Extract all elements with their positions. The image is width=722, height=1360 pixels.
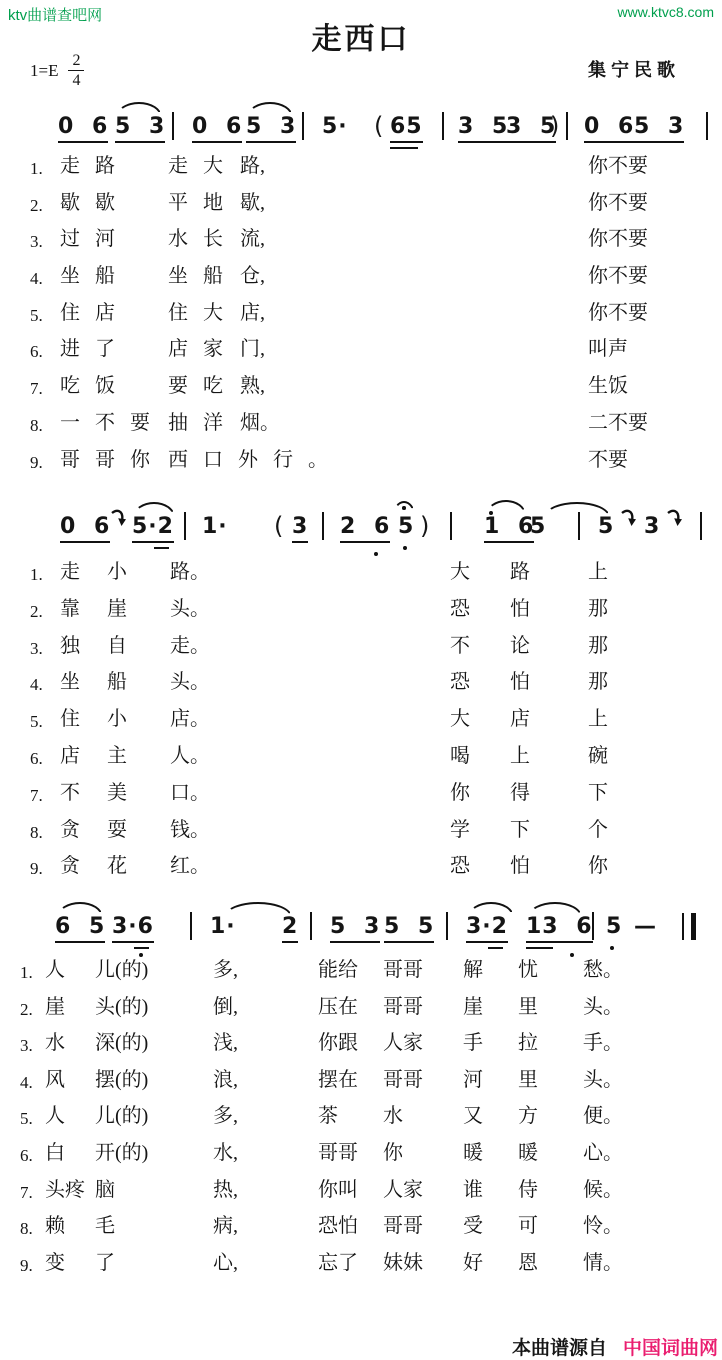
lyric-row: 8.赖毛病,恐怕哥哥受可怜。 [0,1208,722,1245]
verse-number: 3. [20,1034,33,1058]
lyric-row: 6.白开(的)水,哥哥你暖暖心。 [0,1135,722,1172]
lyric-cell: 个 [588,818,608,842]
verse-number: 1. [30,563,43,587]
notation-line-3: 6 5 3·6 1· 2 5 3 5 5 3·2 13 6 5 — [0,900,722,958]
note: 0 6 [58,116,108,143]
lyric-cell: 恐 [450,597,470,621]
lyric-cell: 可 [518,1214,538,1238]
lyric-cell: 平地 [168,191,238,215]
lyric-cell: 那 [588,634,608,658]
verse-number: 9. [30,857,43,881]
lyric-cell: 妹妹 [383,1251,423,1275]
notation-line-2: 0 6 5·2 1· ( 3 2 6 5 ) 1 6 5 5 3 [0,500,722,558]
note: 5 [606,916,622,938]
lyric-cell: 河 [463,1068,483,1092]
barline [706,112,708,140]
barline [302,112,304,140]
lyric-cell: 过河 [60,227,130,251]
lyric-cell: 了 [95,1251,115,1275]
lyric-cell: 暖 [463,1141,483,1165]
lyric-cell: 那 [588,670,608,694]
lyric-cell: 头。 [170,670,210,694]
lyric-cell: 恐怕 [318,1214,358,1238]
lyric-cell: 里 [518,995,538,1019]
lyric-row: 3.水深(的)浅,你跟人家手拉手。 [0,1025,722,1062]
lyric-row: 2.靠崖头。恐怕那 [0,591,722,628]
verse-number: 3. [30,637,43,661]
lyric-cell: 你跟 [318,1031,358,1055]
lyric-cell: 烟。 [240,411,280,435]
lyric-cell: 水, [213,1141,238,1165]
verse-number: 1. [30,157,43,181]
note: 5 [530,516,546,538]
lyric-cell: 深(的) [95,1031,148,1055]
source-attribution: 本曲谱源自 中国词曲网 [512,1333,718,1360]
note: 5 5 [384,916,434,943]
lyric-cell: 心。 [583,1141,623,1165]
lyric-cell: 怕 [510,597,530,621]
lyric-row: 7.不美口。你得下 [0,775,722,812]
lyric-cell: 又 [463,1104,483,1128]
lyric-cell: 解 [463,958,483,982]
lyric-cell: 水长 [168,227,238,251]
lyric-cell: 门, [240,337,265,361]
lyric-cell: 怕 [510,670,530,694]
lyric-cell: 不 [450,634,470,658]
barline [566,112,568,140]
lyric-cell: 哥哥 [383,1214,423,1238]
barline [442,112,444,140]
note: 1 6 [484,516,534,543]
lyric-cell: 开(的) [95,1141,148,1165]
lyric-cell: 便。 [583,1104,623,1128]
lyric-row: 7.头疼脑热,你叫人家谁侍候。 [0,1172,722,1209]
lyric-cell: 头。 [583,1068,623,1092]
lyric-row: 8.一不要抽洋烟。二不要 [0,405,722,442]
time-signature: 2 4 [68,52,84,89]
lyric-cell: 人家 [383,1178,423,1202]
lyric-cell: 住店 [60,301,130,325]
sheet-music-page: ktv曲谱查吧网 www.ktvc8.com 走西口 1=E 2 4 集宁民歌 … [0,0,722,1360]
lyric-row: 3.独自走。不论那 [0,628,722,665]
lyric-cell: 上 [588,707,608,731]
lyric-cell: 独自 [60,634,154,658]
meter-numerator: 2 [68,52,84,71]
lyric-cell: 里 [518,1068,538,1092]
lyric-cell: 浅, [213,1031,238,1055]
lyric-cell: 红。 [170,854,210,878]
lyric-cell: 坐船 [168,264,238,288]
final-barline [682,913,696,940]
verse-number: 7. [30,784,43,808]
note: 5 [398,516,414,538]
verse-number: 7. [20,1181,33,1205]
lyric-cell: 店。 [170,707,210,731]
note: 5 3 [115,116,165,143]
lyric-cell: 坐船 [60,670,154,694]
lyric-cell: 哥哥 [383,1068,423,1092]
lyric-cell: 哥哥你 [60,448,165,472]
slide-down-icon [666,508,683,529]
rest-dash: — [634,916,657,938]
lyric-cell: 人 [45,1104,65,1128]
lyric-cell: 你不要 [588,227,648,251]
verse-number: 8. [30,414,43,438]
lyric-row: 1.走路走大路,你不要 [0,148,722,185]
lyric-cell: 摆(的) [95,1068,148,1092]
lyric-cell: 西口外行。 [168,448,343,472]
note: 0 6 [192,116,242,143]
song-title: 走西口 [0,14,722,58]
lyric-cell: 恐 [450,854,470,878]
lyric-row: 9.贪花红。恐怕你 [0,848,722,885]
lyric-cell: 碗 [588,744,608,768]
note: 5·2 [132,516,174,543]
note: 5 3 [246,116,296,143]
note: 2 6 [340,516,390,543]
verse-number: 9. [30,451,43,475]
note: 3 [644,516,660,538]
meter-denominator: 4 [72,71,80,89]
lyric-cell: 人。 [170,744,210,768]
verse-number: 5. [20,1107,33,1131]
lyric-row: 8.贪耍钱。学下个 [0,812,722,849]
verse-number: 4. [30,673,43,697]
lyric-cell: 学 [450,818,470,842]
lyric-cell: 手。 [583,1031,623,1055]
barline [450,512,452,540]
lyric-cell: 口。 [170,781,210,805]
lyric-cell: 走路 [60,154,130,178]
song-origin: 集宁民歌 [588,56,680,82]
lyric-cell: 儿(的) [95,1104,148,1128]
lyric-cell: 病, [213,1214,238,1238]
note: 3 [292,516,308,543]
note: 5 3 [330,916,380,943]
note: 5 [598,516,614,538]
slide-down-icon [620,508,637,529]
lyric-row: 4.风摆(的)浪,摆在哥哥河里头。 [0,1062,722,1099]
lyric-row: 5.住店住大店,你不要 [0,295,722,332]
lyric-cell: 路, [240,154,265,178]
lyric-row: 9.哥哥你西口外行。不要 [0,442,722,479]
lyric-cell: 熟, [240,374,265,398]
note: 3 5 [506,116,556,143]
lyric-cell: 茶 [318,1104,338,1128]
lyric-cell: 毛 [95,1214,115,1238]
lyric-cell: 怜。 [583,1214,623,1238]
lyric-cell: 店, [240,301,265,325]
lyric-cell: 忧 [518,958,538,982]
lyric-cell: 哥哥 [318,1141,358,1165]
lyric-cell: 路。 [170,560,210,584]
lyric-cell: 脑 [95,1178,115,1202]
lyric-cell: 恐 [450,670,470,694]
lyric-row: 6.店主人。喝上碗 [0,738,722,775]
lyric-row: 7.吃饭要吃熟,生饭 [0,368,722,405]
low-octave-dot [610,946,614,950]
lyric-cell: 钱。 [170,818,210,842]
lyric-row: 2.崖头(的)倒,压在哥哥崖里头。 [0,989,722,1026]
lyric-cell: 你叫 [318,1178,358,1202]
barline [184,512,186,540]
lyric-cell: 方 [518,1104,538,1128]
lyric-cell: 变 [45,1251,65,1275]
lyric-cell: 上 [510,744,530,768]
lyric-cell: 倒, [213,995,238,1019]
lyric-cell: 恩 [518,1251,538,1275]
sixteenth-beam [134,947,149,949]
lyric-cell: 流, [240,227,265,251]
lyric-cell: 你不要 [588,264,648,288]
lyric-cell: 头(的) [95,995,148,1019]
verse-number: 5. [30,710,43,734]
lyric-row: 3.过河水长流,你不要 [0,221,722,258]
lyric-cell: 你不要 [588,154,648,178]
lyric-cell: 人家 [383,1031,423,1055]
lyric-row: 1.走小路。大路上 [0,554,722,591]
note: 5 3 [634,116,684,143]
lyric-cell: 怕 [510,854,530,878]
lyric-cell: 受 [463,1214,483,1238]
lyric-cell: 崖 [45,995,65,1019]
open-paren: ( [274,514,283,538]
lyric-cell: 摆在 [318,1068,358,1092]
lyric-row: 4.坐船坐船仓,你不要 [0,258,722,295]
lyric-cell: 热, [213,1178,238,1202]
lyric-cell: 仓, [240,264,265,288]
lyric-cell: 店 [510,707,530,731]
lyric-cell: 二不要 [588,411,648,435]
lyric-row: 4.坐船头。恐怕那 [0,664,722,701]
lyric-cell: 大 [450,707,470,731]
lyric-cell: 路 [510,560,530,584]
lyric-cell: 吃饭 [60,374,130,398]
lyric-cell: 你 [383,1141,403,1165]
verse-number: 2. [30,600,43,624]
verse-number: 8. [30,821,43,845]
lyric-cell: 多, [213,1104,238,1128]
source-label: 本曲谱源自 [512,1333,607,1360]
lyric-cell: 上 [588,560,608,584]
lyric-cell: 头。 [170,597,210,621]
lyric-cell: 好 [463,1251,483,1275]
barline [578,512,580,540]
lyric-cell: 压在 [318,995,358,1019]
lyric-cell: 暖 [518,1141,538,1165]
lyric-cell: 白 [45,1141,65,1165]
lyric-cell: 下 [510,818,530,842]
lyric-cell: 赖 [45,1214,65,1238]
lyric-cell: 浪, [213,1068,238,1092]
lyric-row: 6.进了店家门,叫声 [0,331,722,368]
note: 13 6 [526,916,593,943]
lyric-cell: 头疼 [45,1178,85,1202]
lyric-cell: 情。 [583,1251,623,1275]
note: 0 6 [584,116,634,143]
lyric-cell: 崖 [463,995,483,1019]
lyric-cell: 大 [450,560,470,584]
lyric-cell: 手 [463,1031,483,1055]
lyric-cell: 不美 [60,781,154,805]
source-site-link[interactable]: 中国词曲网 [623,1333,718,1360]
verse-section-3: 1.人儿(的)多,能给哥哥解忧愁。 2.崖头(的)倒,压在哥哥崖里头。 3.水深… [0,952,722,1281]
lyric-row: 2.歇歇平地歇,你不要 [0,185,722,222]
lyric-cell: 进了 [60,337,130,361]
note: 3·2 [466,916,508,943]
sixteenth-beam [488,947,503,949]
lyric-cell: 拉 [518,1031,538,1055]
sixteenth-beam [526,947,553,949]
lyric-cell: 水 [383,1104,403,1128]
lyric-cell: 哥哥 [383,958,423,982]
barline [310,912,312,940]
lyric-cell: 得 [510,781,530,805]
lyric-cell: 那 [588,597,608,621]
verse-number: 2. [20,998,33,1022]
lyric-cell: 儿(的) [95,958,148,982]
lyric-cell: 住小 [60,707,154,731]
lyric-cell: 叫声 [588,337,628,361]
lyric-cell: 一不要 [60,411,165,435]
lyric-cell: 谁 [463,1178,483,1202]
note: 1· [210,916,236,938]
lyric-cell: 住大 [168,301,238,325]
lyric-cell: 要吃 [168,374,238,398]
lyric-cell: 风 [45,1068,65,1092]
low-octave-dot [403,546,407,550]
lyric-row: 5.住小店。大店上 [0,701,722,738]
lyric-cell: 走小 [60,560,154,584]
lyric-row: 9.变了心,忘了妹妹好恩情。 [0,1245,722,1282]
lyric-cell: 论 [510,634,530,658]
lyric-cell: 走大 [168,154,238,178]
lyric-cell: 头。 [583,995,623,1019]
fermata-icon [393,501,415,515]
verse-number: 5. [30,304,43,328]
note: 2 [282,916,298,943]
note: 3·6 [112,916,154,943]
verse-number: 6. [30,340,43,364]
verse-number: 9. [20,1254,33,1278]
lyric-cell: 候。 [583,1178,623,1202]
lyric-cell: 靠崖 [60,597,154,621]
lyric-cell: 心, [213,1251,238,1275]
lyric-cell: 坐船 [60,264,130,288]
lyric-cell: 贪花 [60,854,154,878]
slide-down-icon [110,508,127,529]
lyric-cell: 人 [45,958,65,982]
barline [172,112,174,140]
close-paren: ) [550,114,559,138]
barline [592,912,594,940]
verse-section-1: 1.走路走大路,你不要 2.歇歇平地歇,你不要 3.过河水长流,你不要 4.坐船… [0,148,722,478]
verse-number: 6. [20,1144,33,1168]
lyric-cell: 歇, [240,191,265,215]
lyric-cell: 店主 [60,744,154,768]
lyric-cell: 你 [450,781,470,805]
lyric-cell: 你不要 [588,191,648,215]
sixteenth-beam [154,547,169,549]
lyric-cell: 能给 [318,958,358,982]
key-label: 1=E [30,61,58,81]
note: 5· [322,116,348,138]
lyric-cell: 走。 [170,634,210,658]
lyric-cell: 生饭 [588,374,628,398]
verse-number: 6. [30,747,43,771]
note: 6 5 [55,916,105,943]
verse-section-2: 1.走小路。大路上 2.靠崖头。恐怕那 3.独自走。不论那 4.坐船头。恐怕那 … [0,554,722,885]
verse-number: 3. [30,230,43,254]
lyric-cell: 侍 [518,1178,538,1202]
verse-number: 7. [30,377,43,401]
lyric-cell: 店家 [168,337,238,361]
note: 65 [390,116,423,143]
lyric-cell: 愁。 [583,958,623,982]
note: 3 5 [458,116,508,143]
key-signature: 1=E 2 4 [30,52,84,89]
verse-number: 4. [30,267,43,291]
lyric-cell: 抽洋 [168,411,238,435]
close-paren: ) [420,514,429,538]
verse-number: 4. [20,1071,33,1095]
lyric-cell: 贪耍 [60,818,154,842]
barline [700,512,702,540]
note: 0 6 [60,516,110,543]
verse-number: 2. [30,194,43,218]
lyric-cell: 你不要 [588,301,648,325]
barline [446,912,448,940]
lyric-cell: 你 [588,854,608,878]
lyric-cell: 歇歇 [60,191,130,215]
lyric-cell: 不要 [588,448,628,472]
barline [190,912,192,940]
verse-number: 8. [20,1217,33,1241]
lyric-cell: 忘了 [318,1251,358,1275]
lyric-row: 5.人儿(的)多,茶水又方便。 [0,1098,722,1135]
lyric-cell: 多, [213,958,238,982]
verse-number: 1. [20,961,33,985]
note: 1· [202,516,228,538]
lyric-cell: 下 [588,781,608,805]
lyric-cell: 水 [45,1031,65,1055]
barline [322,512,324,540]
lyric-cell: 哥哥 [383,995,423,1019]
open-paren: ( [374,114,383,138]
lyric-row: 1.人儿(的)多,能给哥哥解忧愁。 [0,952,722,989]
lyric-cell: 喝 [450,744,470,768]
